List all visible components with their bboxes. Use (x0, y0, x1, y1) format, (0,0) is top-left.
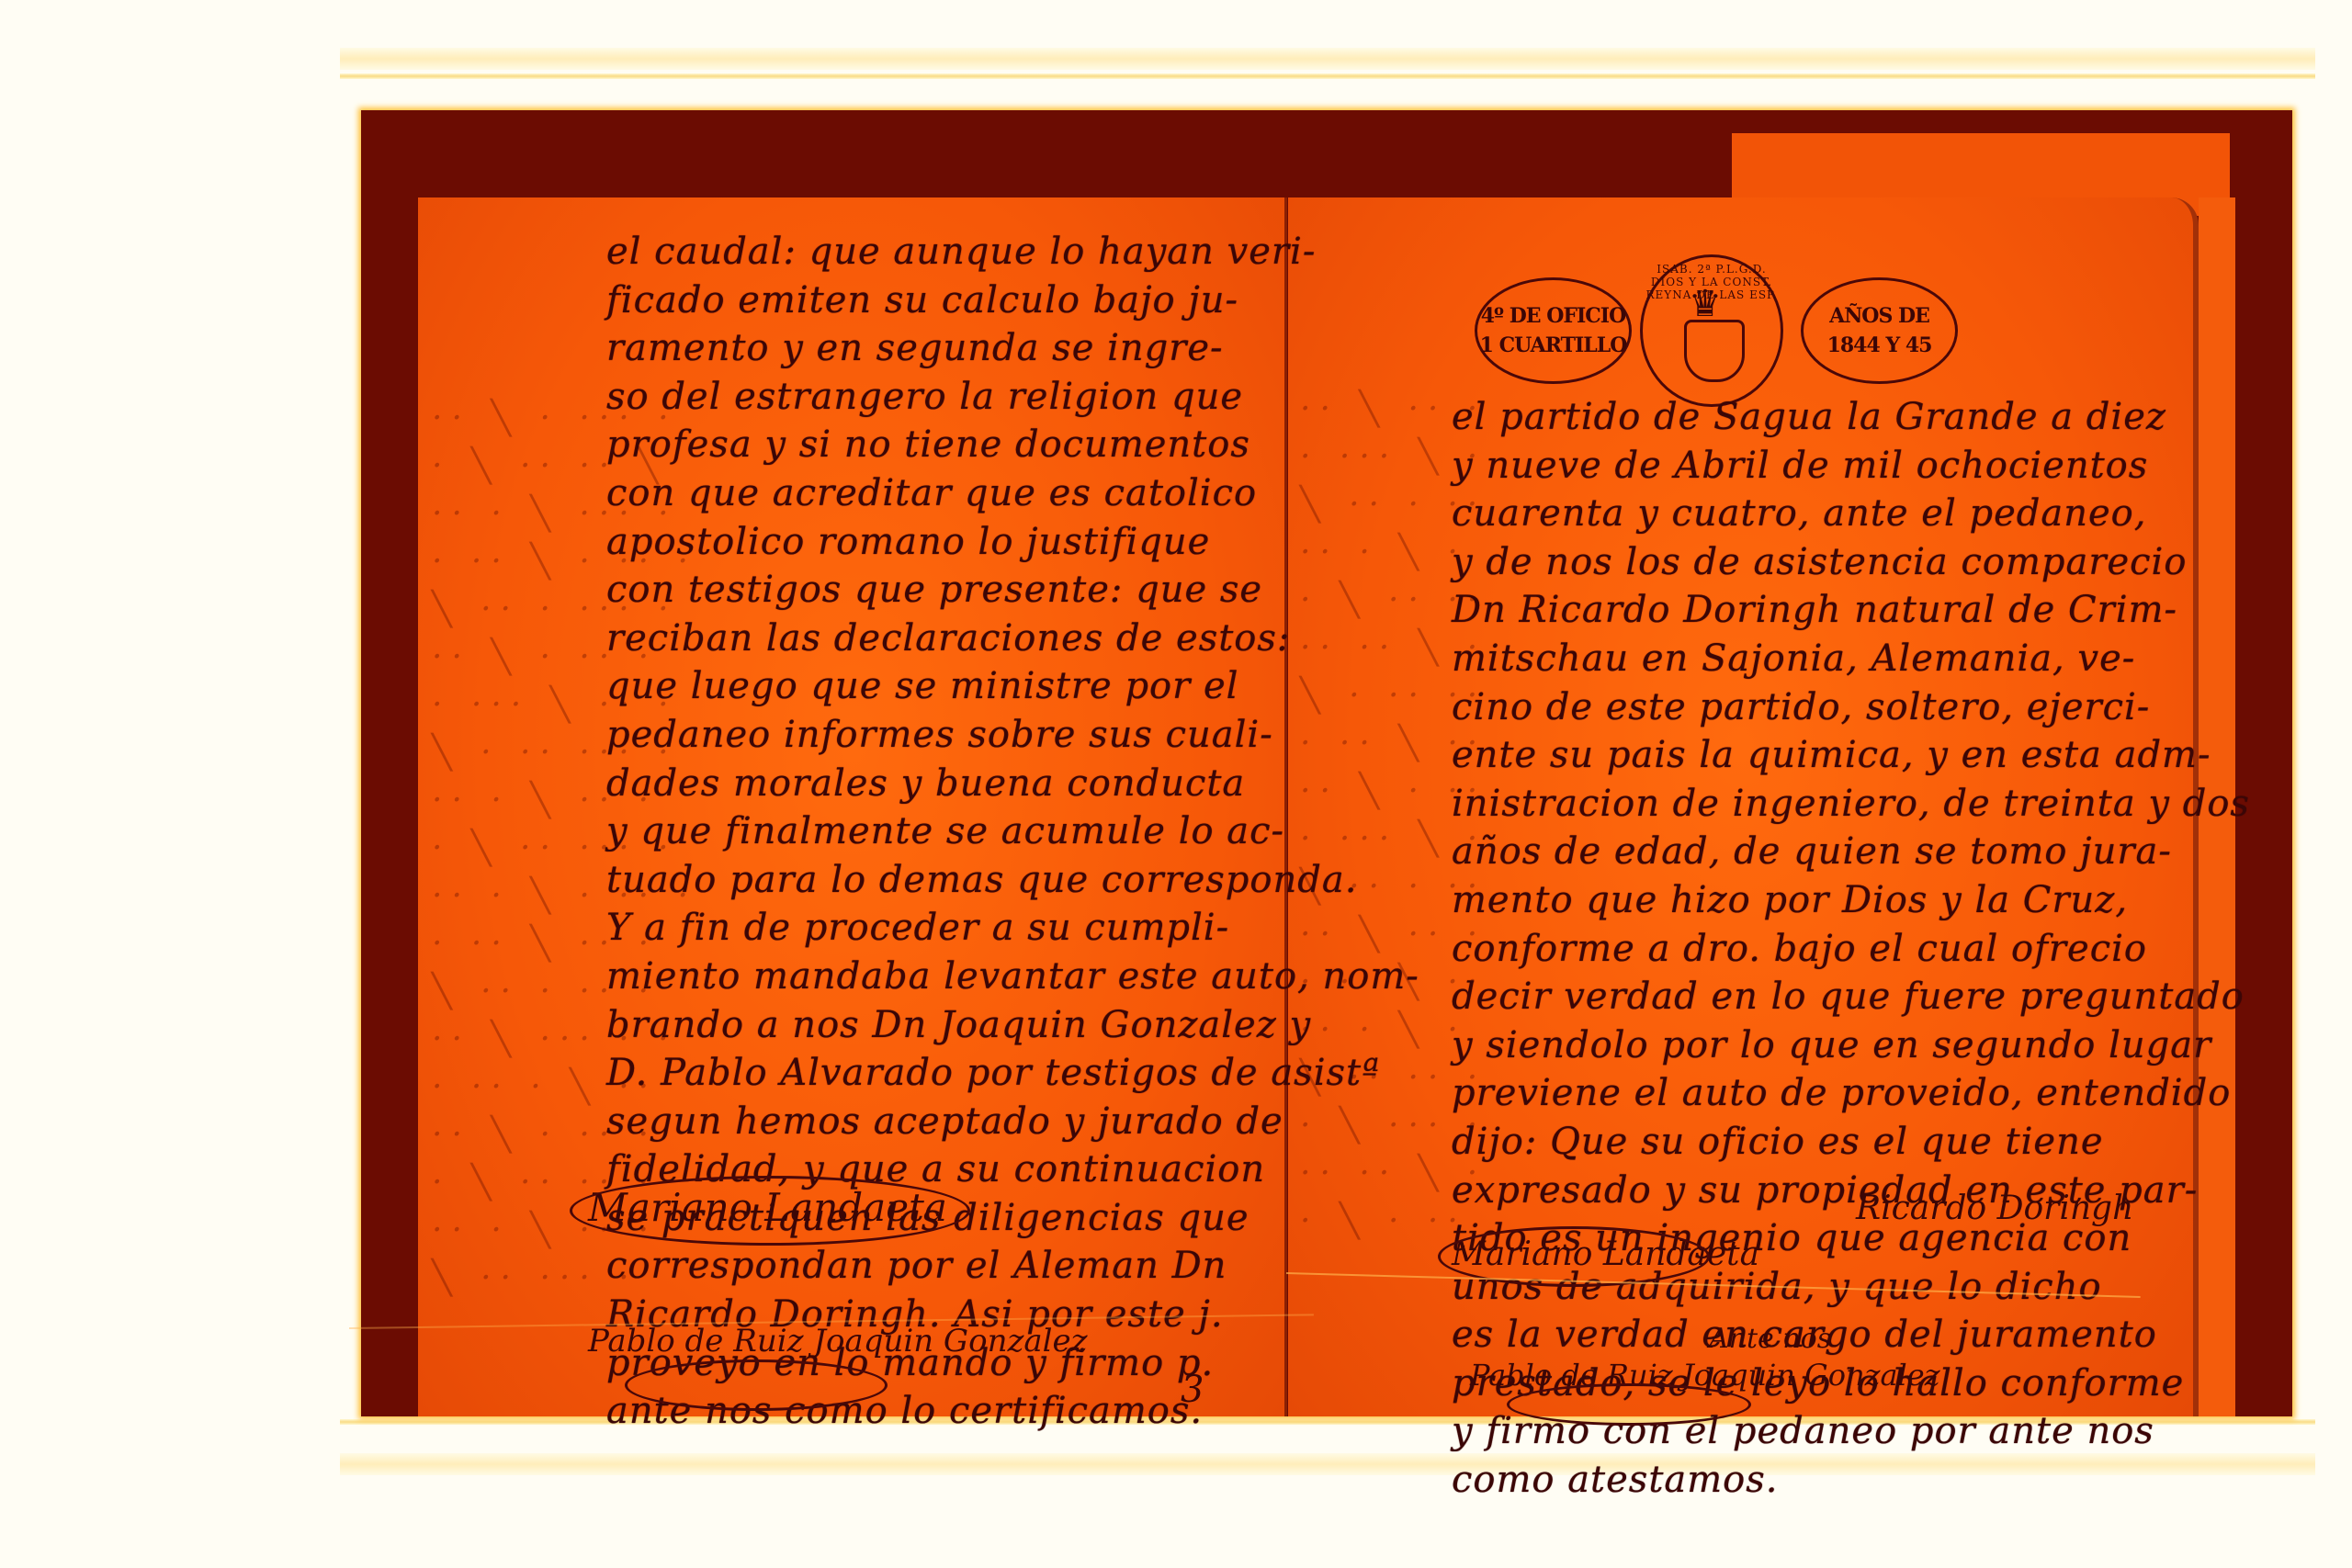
right-witness-signatures: Pablo de Ruiz Joaquin Gonzalez (1470, 1358, 1940, 1393)
witness-flourish (625, 1359, 888, 1411)
text-line: tuado para lo demas que corresponda. (606, 856, 1419, 905)
text-line: profesa y si no tiene documentos (606, 421, 1419, 469)
text-line: años de edad, de quien se tomo jura- (1452, 828, 2250, 876)
text-line: dijo: Que su oficio es el que tiene (1452, 1118, 2250, 1167)
text-line: reciban las declaraciones de estos: (606, 615, 1419, 663)
stamp-right-oval: AÑOS DE 1844 Y 45 (1801, 277, 1958, 384)
text-line: Dn Ricardo Doringh natural de Crim- (1452, 586, 2250, 635)
text-line: con testigos que presente: que se (606, 566, 1419, 615)
text-line: apostolico romano lo justifique (606, 518, 1419, 567)
text-line: mento que hizo por Dios y la Cruz, (1452, 876, 2250, 925)
text-line: ficado emiten su calculo bajo ju- (606, 276, 1419, 325)
text-line: ramento y en segunda se ingre- (606, 324, 1419, 373)
stamp-right-line: AÑOS DE (1829, 301, 1929, 331)
signature-flourish (570, 1176, 970, 1246)
page-mark: 3 (1181, 1369, 1204, 1411)
top-edge-line (340, 73, 2315, 79)
text-line: conforme a dro. bajo el cual ofrecio (1452, 925, 2250, 974)
right-signature: Mariano Landaeta (1452, 1235, 1759, 1273)
left-page-text: el caudal: que aunque lo hayan veri- fic… (606, 228, 1419, 1436)
text-line: segun hemos aceptado y jurado de (606, 1098, 1419, 1146)
right-attest: Ante nos (1709, 1323, 1831, 1355)
text-line: es la verdad en cargo del juramento (1452, 1311, 2250, 1359)
text-line: y de nos los de asistencia comparecio (1452, 538, 2250, 587)
text-line: cino de este partido, soltero, ejerci- (1452, 683, 2250, 732)
right-page-text: el partido de Sagua la Grande a diez y n… (1452, 393, 2250, 1505)
text-line: brando a nos Dn Joaquin Gonzalez y (606, 1001, 1419, 1050)
left-signature: Mariano Landaeta (588, 1185, 947, 1230)
text-line: y nueve de Abril de mil ochocientos (1452, 442, 2250, 491)
tax-stamp: 4º DE OFICIO 1 CUARTILLO ISAB. 2ª P.L.G.… (1465, 259, 1980, 397)
text-line: con que acreditar que es catolico (606, 469, 1419, 518)
text-line: pedaneo informes sobre sus cuali- (606, 711, 1419, 760)
text-line: D. Pablo Alvarado por testigos de asistª (606, 1049, 1419, 1098)
coat-of-arms-icon (1684, 320, 1745, 382)
text-line: que luego que se ministre por el (606, 662, 1419, 711)
text-line: dades morales y buena conducta (606, 760, 1419, 808)
witness-names: Pablo de Ruiz Joaquin Gonzalez (588, 1323, 1088, 1359)
stamp-left-line: 1 CUARTILLO (1480, 331, 1627, 360)
stamp-left-oval: 4º DE OFICIO 1 CUARTILLO (1475, 277, 1632, 384)
text-line: ente su pais la quimica, y en esta adm- (1452, 731, 2250, 780)
stamp-right-line: 1844 Y 45 (1827, 331, 1932, 360)
text-line: inistracion de ingeniero, de treinta y d… (1452, 780, 2250, 829)
right-inline-signature: Ricardo Doringh (1856, 1190, 2133, 1227)
text-line: y siendolo por lo que en segundo lugar (1452, 1021, 2250, 1070)
attest-text: Ante nos (1709, 1323, 1831, 1355)
stamp-left-line: 4º DE OFICIO (1481, 301, 1626, 331)
text-line: como atestamos. (1452, 1456, 2250, 1505)
text-line: el caudal: que aunque lo hayan veri- (606, 228, 1419, 276)
top-edge-glow (340, 48, 2315, 70)
text-line: decir verdad en lo que fuere preguntado (1452, 973, 2250, 1021)
left-witness-signatures: Pablo de Ruiz Joaquin Gonzalez (588, 1323, 1088, 1359)
text-line: so del estrangero la religion que (606, 373, 1419, 422)
text-line: previene el auto de proveido, entendido (1452, 1069, 2250, 1118)
text-line: Y a fin de proceder a su cumpli- (606, 904, 1419, 953)
witness-flourish (1507, 1383, 1751, 1426)
text-line: cuarenta y cuatro, ante el pedaneo, (1452, 490, 2250, 538)
royal-seal: ISAB. 2ª P.L.G.D. DIOS Y LA CONST. REYNA… (1640, 254, 1783, 407)
text-line: mitschau en Sajonia, Alemania, ve- (1452, 635, 2250, 683)
text-line: miento mandaba levantar este auto, nom- (606, 953, 1419, 1001)
text-line: y que finalmente se acumule lo ac- (606, 807, 1419, 856)
text-line: el partido de Sagua la Grande a diez (1452, 393, 2250, 442)
text-line: correspondan por el Aleman Dn (606, 1242, 1419, 1291)
signature-text: Ricardo Doringh (1856, 1190, 2133, 1227)
